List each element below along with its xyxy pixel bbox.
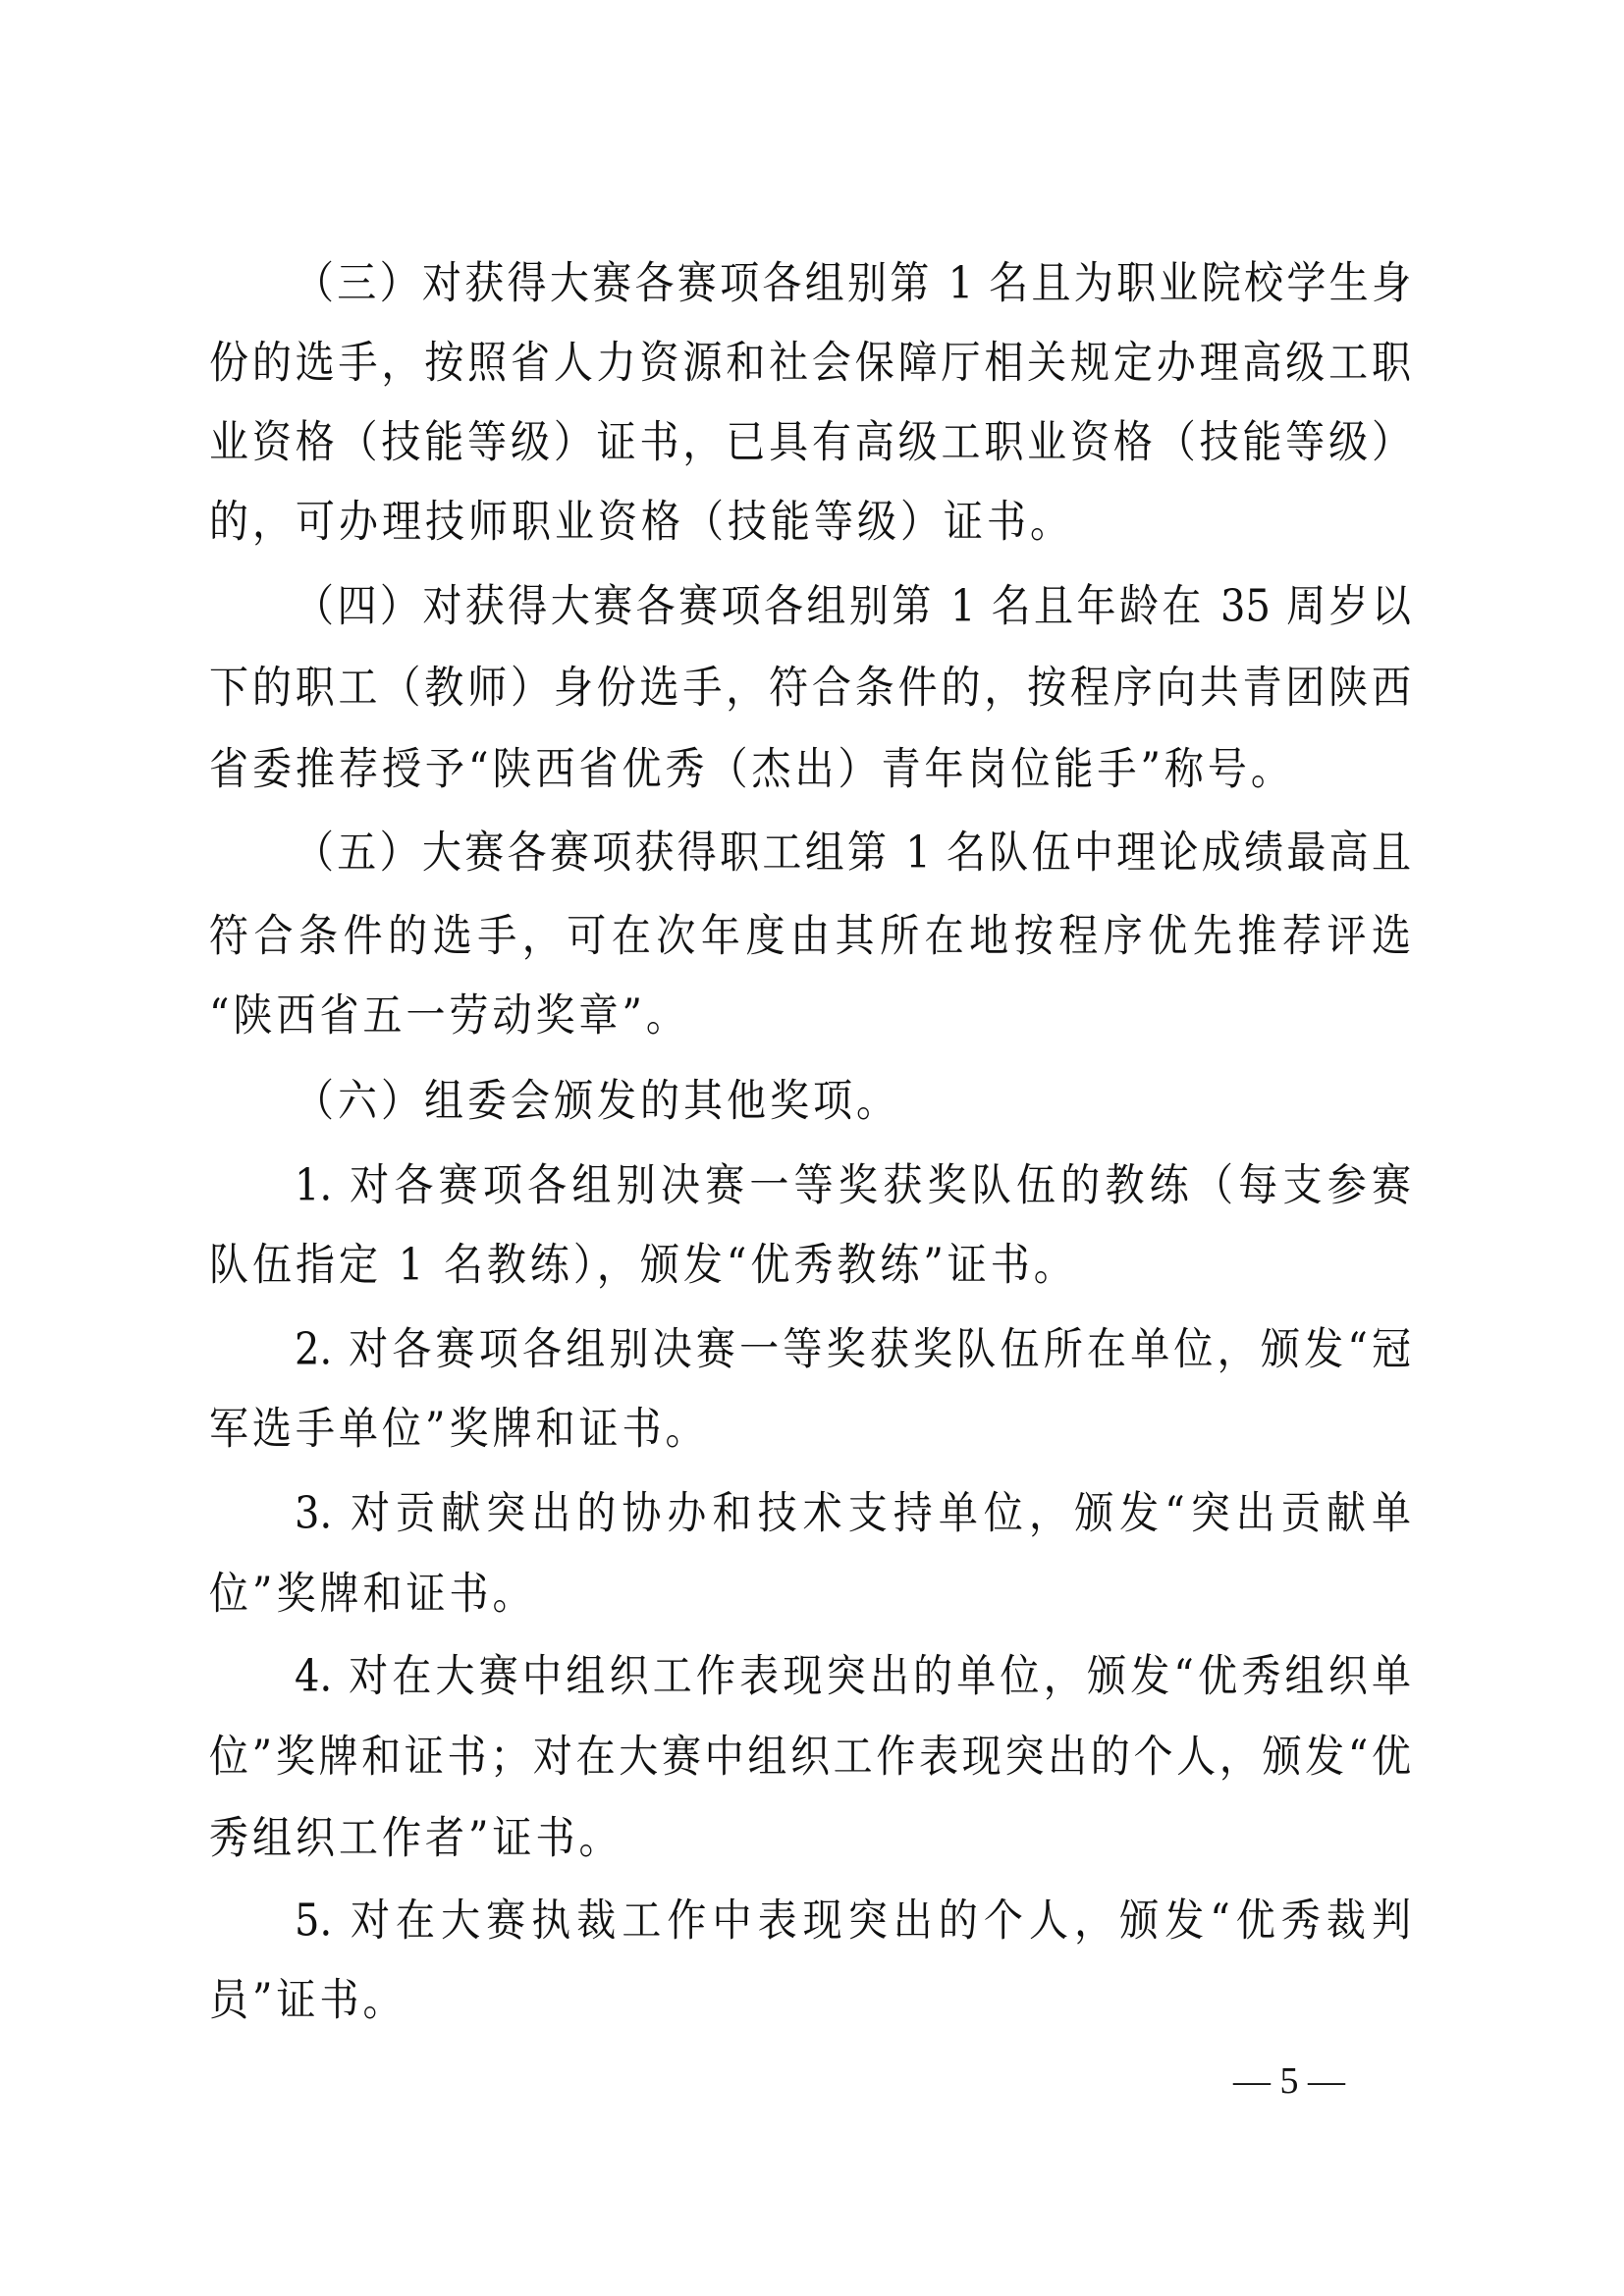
sub-item-2-line-1: 2. 对各赛项各组别决赛一等奖获奖队伍所在单位，颁发“冠: [295, 1316, 1411, 1382]
sub-item-5-line-1: 5. 对在大赛执裁工作中表现突出的个人，颁发“优秀裁判: [295, 1888, 1411, 1953]
sub-item-4-line-1: 4. 对在大赛中组织工作表现突出的单位，颁发“优秀组织单: [295, 1643, 1411, 1709]
sub-item-4-line-3: 秀组织工作者”证书。: [209, 1805, 1411, 1871]
paragraph-3-line-2: 份的选手，按照省人力资源和社会保障厅相关规定办理高级工职: [209, 330, 1411, 396]
page-number: — 5 —: [1178, 2056, 1400, 2106]
paragraph-4-line-2: 下的职工（教师）身份选手，符合条件的，按程序向共青团陕西: [209, 655, 1411, 721]
paragraph-3-line-1: （三）对获得大赛各赛项各组别第 1 名且为职业院校学生身: [295, 250, 1411, 316]
sub-item-3-line-2: 位”奖牌和证书。: [209, 1561, 1411, 1627]
paragraph-5-line-1: （五）大赛各赛项获得职工组第 1 名队伍中理论成绩最高且: [295, 820, 1411, 885]
sub-item-5-line-2: 员”证书。: [209, 1967, 1411, 2033]
paragraph-3-line-3: 业资格（技能等级）证书，已具有高级工职业资格（技能等级）: [209, 409, 1411, 475]
sub-item-3-line-1: 3. 对贡献突出的协办和技术支持单位，颁发“突出贡献单: [295, 1480, 1411, 1546]
paragraph-6-line-1: （六）组委会颁发的其他奖项。: [295, 1068, 1411, 1134]
paragraph-5-line-2: 符合条件的选手，可在次年度由其所在地按程序优先推荐评选: [209, 903, 1411, 969]
paragraph-5-line-3: “陕西省五一劳动奖章”。: [209, 983, 1411, 1048]
paragraph-4-line-1: （四）对获得大赛各赛项各组别第 1 名且年龄在 35 周岁以: [295, 573, 1411, 639]
sub-item-4-line-2: 位”奖牌和证书；对在大赛中组织工作表现突出的个人，颁发“优: [209, 1724, 1411, 1789]
paragraph-3-line-4: 的，可办理技师职业资格（技能等级）证书。: [209, 489, 1411, 555]
sub-item-1-line-2: 队伍指定 1 名教练），颁发“优秀教练”证书。: [209, 1232, 1411, 1298]
paragraph-4-line-3: 省委推荐授予“陕西省优秀（杰出）青年岗位能手”称号。: [209, 736, 1411, 802]
sub-item-2-line-2: 军选手单位”奖牌和证书。: [209, 1396, 1411, 1462]
document-page: （三）对获得大赛各赛项各组别第 1 名且为职业院校学生身 份的选手，按照省人力资…: [0, 0, 1624, 2296]
sub-item-1-line-1: 1. 对各赛项各组别决赛一等奖获奖队伍的教练（每支参赛: [295, 1152, 1411, 1218]
